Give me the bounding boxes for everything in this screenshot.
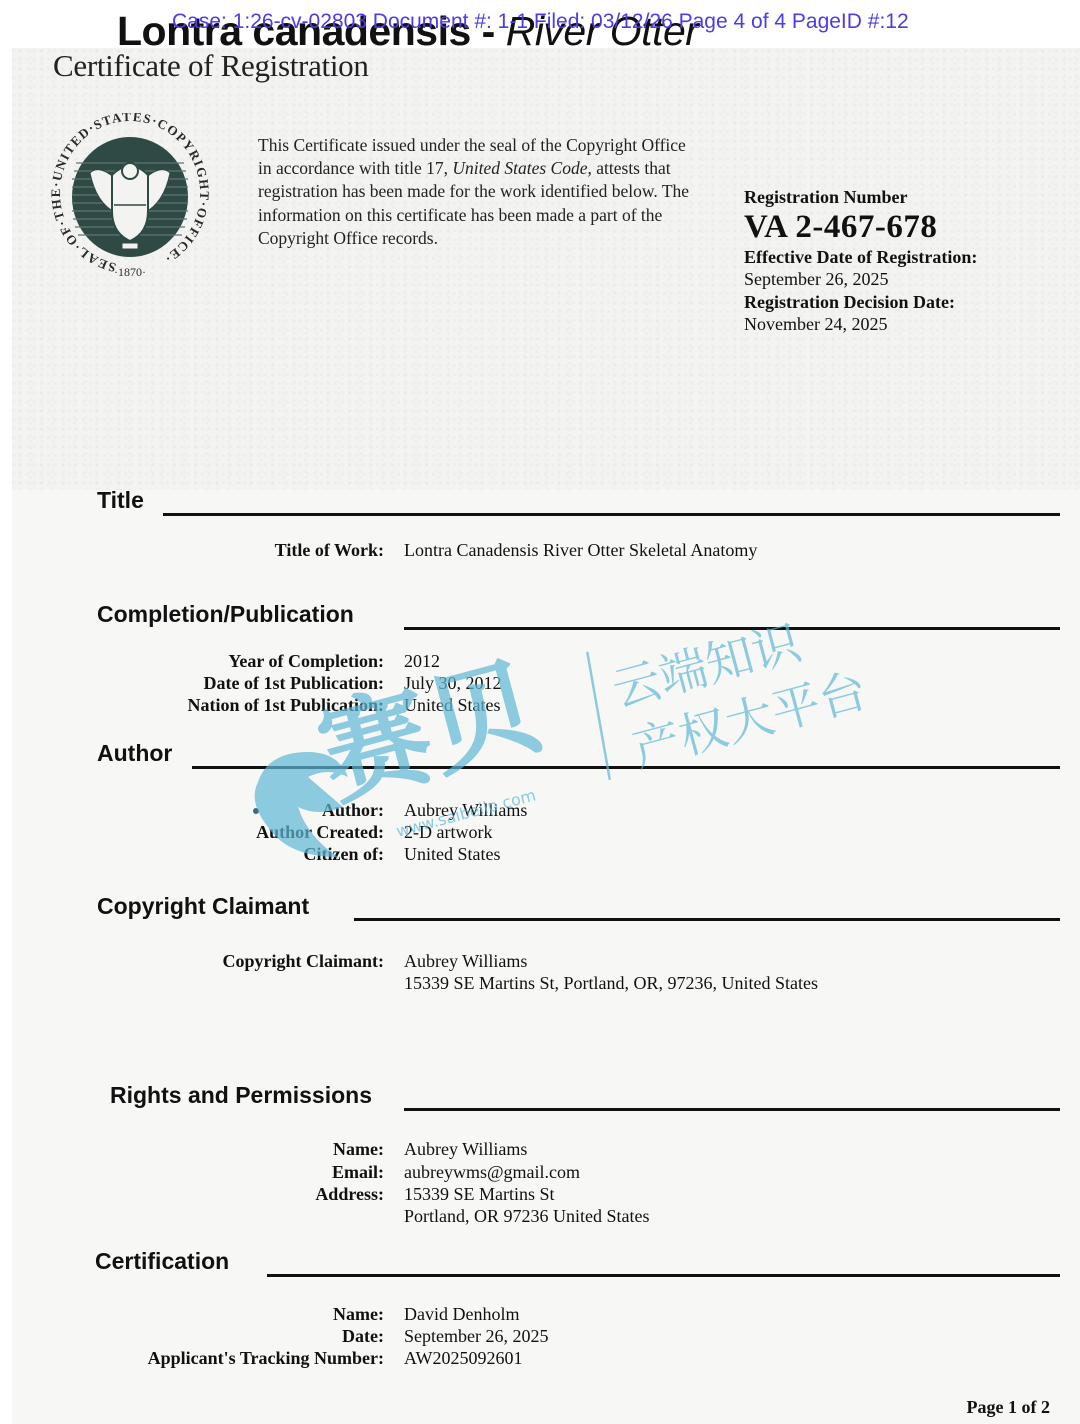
field-row: Copyright Claimant: Aubrey Williams <box>0 950 527 973</box>
registration-info: Registration Number VA 2-467-678 Effecti… <box>744 186 977 336</box>
field-row: Citizen of: United States <box>0 843 501 866</box>
page-number: Page 1 of 2 <box>967 1397 1050 1418</box>
field-row: Nation of 1st Publication: United States <box>0 694 501 717</box>
section-rule <box>192 766 1060 769</box>
field-row: Title of Work: Lontra Canadensis River O… <box>0 539 757 562</box>
section-rule <box>267 1274 1060 1277</box>
field-row: Year of Completion: 2012 <box>0 650 440 673</box>
copyright-office-seal-icon: SEAL·OF·THE·UNITED·STATES·COPYRIGHT·OFFI… <box>50 113 210 281</box>
field-row: Email: aubreywms@gmail.com <box>0 1161 580 1184</box>
section-claimant-heading: Copyright Claimant <box>97 893 309 920</box>
decision-date: November 24, 2025 <box>744 313 977 336</box>
section-title-heading: Title <box>97 487 144 514</box>
section-rule <box>163 513 1060 516</box>
section-rule <box>354 918 1060 921</box>
section-author-heading: Author <box>97 740 172 767</box>
field-row: Portland, OR 97236 United States <box>0 1205 650 1228</box>
registration-number-label: Registration Number <box>744 186 977 208</box>
field-row: Address: 15339 SE Martins St <box>0 1183 555 1206</box>
field-row: Author: Aubrey Williams <box>0 799 527 822</box>
court-filing-stamp: Case: 1:26-cv-02803 Document #: 1-1 File… <box>172 10 909 34</box>
certificate-intro-text: This Certificate issued under the seal o… <box>258 134 698 250</box>
registration-number: VA 2-467-678 <box>744 208 977 246</box>
field-row: Author Created: 2-D artwork <box>0 821 492 844</box>
field-row: Applicant's Tracking Number: AW202509260… <box>0 1347 523 1370</box>
field-row: Name: David Denholm <box>0 1303 519 1326</box>
field-row: Date: September 26, 2025 <box>0 1325 548 1348</box>
decision-date-label: Registration Decision Date: <box>744 291 977 313</box>
field-row: 15339 SE Martins St, Portland, OR, 97236… <box>0 972 818 995</box>
svg-text:·1870·: ·1870· <box>114 265 146 279</box>
section-rights-heading: Rights and Permissions <box>110 1082 372 1109</box>
section-rule <box>404 1108 1060 1111</box>
section-certification-heading: Certification <box>95 1248 229 1275</box>
field-row: Name: Aubrey Williams <box>0 1138 527 1161</box>
section-rule <box>404 627 1060 630</box>
field-row: Date of 1st Publication: July 30, 2012 <box>0 672 502 695</box>
effective-date-label: Effective Date of Registration: <box>744 246 977 268</box>
section-completion-heading: Completion/Publication <box>97 601 354 628</box>
effective-date: September 26, 2025 <box>744 268 977 291</box>
